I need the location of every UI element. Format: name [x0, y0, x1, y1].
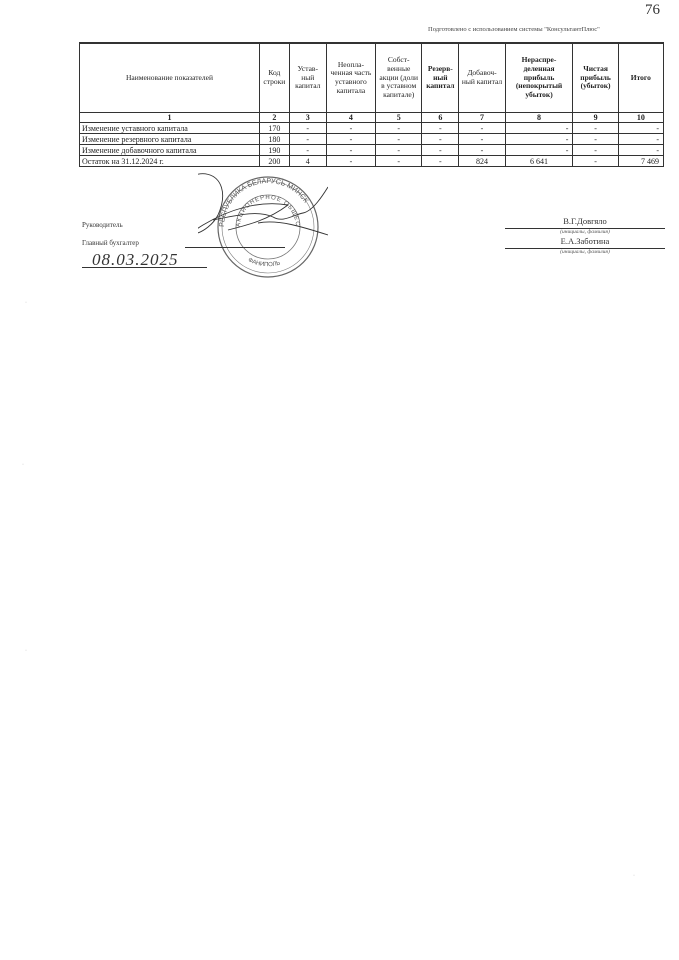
column-number: 8 — [505, 113, 573, 123]
header-cell: Итого — [618, 43, 663, 113]
company-stamp-icon: РЕСПУБЛИКА БЕЛАРУСЬ МИНСК АКЦИОНЕРНОЕ ОБ… — [198, 165, 328, 285]
cell-value: - — [376, 145, 422, 156]
scan-mark: · — [22, 462, 24, 468]
column-number-row: 1 2 3 4 5 6 7 8 9 10 — [80, 113, 664, 123]
column-number: 9 — [573, 113, 618, 123]
column-number: 3 — [289, 113, 326, 123]
row-name: Изменение резервного капитала — [80, 134, 260, 145]
accountant-caption: (инициалы, фамилия) — [505, 249, 665, 255]
cell-value: - — [573, 123, 618, 134]
column-number: 10 — [618, 113, 663, 123]
row-code: 190 — [259, 145, 289, 156]
scan-mark: · — [25, 648, 27, 654]
equity-changes-table: Наименование показателей Код строки Уста… — [79, 42, 664, 167]
cell-value: 7 469 — [618, 156, 663, 167]
date-underline — [82, 267, 207, 268]
header-cell: Наименование показателей — [80, 43, 260, 113]
stamp-middle-text: АКЦИОНЕРНОЕ ОБЩЕСТВО — [198, 165, 300, 227]
cell-value: - — [573, 145, 618, 156]
cell-value: - — [505, 145, 573, 156]
cell-value: 824 — [459, 156, 505, 167]
header-cell: Нераспре-деленная прибыль (непокрытый уб… — [505, 43, 573, 113]
cell-value: - — [422, 145, 459, 156]
cell-value: - — [289, 134, 326, 145]
cell-value: - — [376, 156, 422, 167]
cell-value: - — [422, 134, 459, 145]
header-cell: Резерв-ный капитал — [422, 43, 459, 113]
cell-value: - — [505, 134, 573, 145]
cell-value: - — [289, 145, 326, 156]
cell-value: - — [326, 156, 375, 167]
cell-value: - — [573, 156, 618, 167]
cell-value: - — [326, 134, 375, 145]
table-row: Изменение уставного капитала 170 - - - -… — [80, 123, 664, 134]
cell-value: - — [422, 123, 459, 134]
cell-value: - — [422, 156, 459, 167]
row-name: Изменение уставного капитала — [80, 123, 260, 134]
accountant-signature-line — [185, 247, 285, 248]
column-number: 7 — [459, 113, 505, 123]
cell-value: - — [618, 123, 663, 134]
director-name: В.Г.Довгяло — [505, 216, 665, 226]
column-number: 6 — [422, 113, 459, 123]
accountant-name: Е.А.Заботина — [505, 236, 665, 246]
header-cell: Чистая прибыль (убыток) — [573, 43, 618, 113]
row-code: 180 — [259, 134, 289, 145]
table-row: Остаток на 31.12.2024 г. 200 4 - - - 824… — [80, 156, 664, 167]
page-marker: 76 — [645, 2, 660, 19]
column-number: 5 — [376, 113, 422, 123]
cell-value: - — [326, 123, 375, 134]
table-row: Изменение добавочного капитала 190 - - -… — [80, 145, 664, 156]
svg-text:АКЦИОНЕРНОЕ ОБЩЕСТВО: АКЦИОНЕРНОЕ ОБЩЕСТВО — [198, 165, 300, 227]
header-cell: Устав-ный капитал — [289, 43, 326, 113]
director-caption: (инициалы, фамилия) — [505, 229, 665, 235]
column-number: 2 — [259, 113, 289, 123]
header-row: Наименование показателей Код строки Уста… — [80, 43, 664, 113]
column-number: 1 — [80, 113, 260, 123]
column-number: 4 — [326, 113, 375, 123]
header-cell: Собст-венные акции (доли в уставном капи… — [376, 43, 422, 113]
cell-value: - — [376, 123, 422, 134]
cell-value: - — [459, 145, 505, 156]
cell-value: 6 641 — [505, 156, 573, 167]
cell-value: - — [459, 134, 505, 145]
header-cell: Неопла-ченная часть уставного капитала — [326, 43, 375, 113]
scan-mark: · — [633, 873, 635, 879]
cell-value: - — [618, 145, 663, 156]
row-name: Изменение добавочного капитала — [80, 145, 260, 156]
accountant-label: Главный бухгалтер — [82, 239, 139, 247]
cell-value: - — [505, 123, 573, 134]
row-code: 170 — [259, 123, 289, 134]
cell-value: - — [289, 123, 326, 134]
director-label: Руководитель — [82, 221, 123, 229]
cell-value: - — [618, 134, 663, 145]
cell-value: - — [376, 134, 422, 145]
cell-value: - — [459, 123, 505, 134]
scan-mark: · — [25, 300, 27, 306]
cell-value: - — [326, 145, 375, 156]
table-row: Изменение резервного капитала 180 - - - … — [80, 134, 664, 145]
prepared-note: Подготовлено с использованием системы "К… — [428, 26, 600, 33]
header-cell: Код строки — [259, 43, 289, 113]
header-cell: Добавоч-ный капитал — [459, 43, 505, 113]
cell-value: - — [573, 134, 618, 145]
